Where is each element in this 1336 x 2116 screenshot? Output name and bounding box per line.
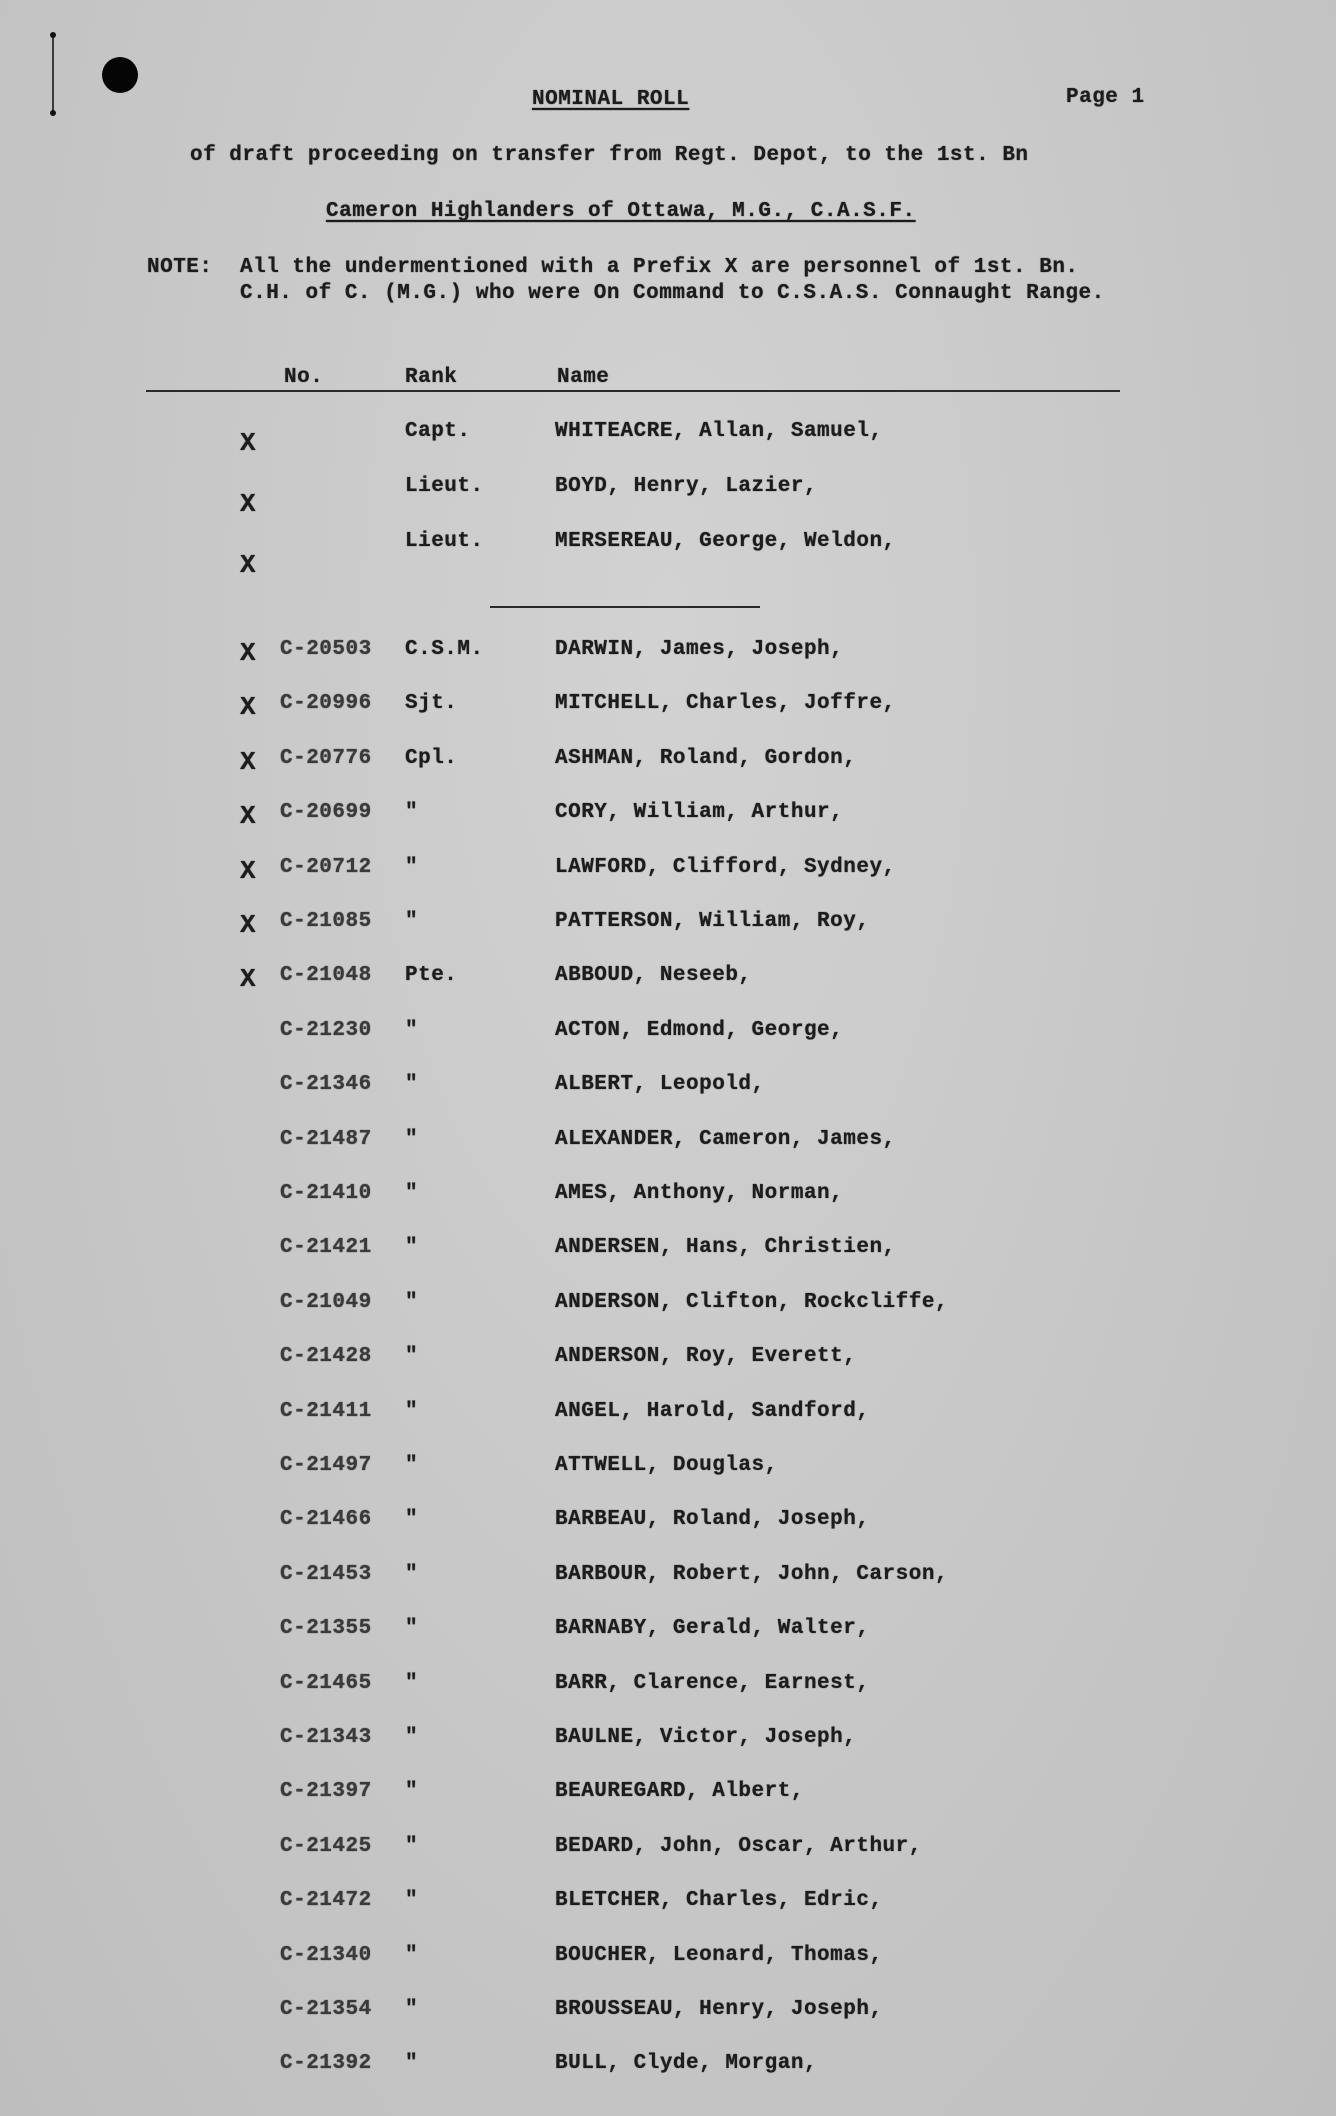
service-number: C-21340: [280, 1944, 372, 1967]
table-row: XC-21048Pte.ABBOUD, Neseeb,: [0, 964, 1336, 994]
service-number: C-21472: [280, 1889, 372, 1912]
service-number: C-21465: [280, 1672, 372, 1695]
table-row: C-21411"ANGEL, Harold, Sandford,: [0, 1400, 1336, 1430]
service-number: C-21421: [280, 1236, 372, 1259]
service-number: C-21354: [280, 1998, 372, 2021]
name: ALEXANDER, Cameron, James,: [555, 1128, 896, 1151]
service-number: C-21355: [280, 1617, 372, 1640]
name: LAWFORD, Clifford, Sydney,: [555, 856, 896, 879]
table-row: C-21049"ANDERSON, Clifton, Rockcliffe,: [0, 1291, 1336, 1321]
service-number: C-21428: [280, 1345, 372, 1368]
table-row: XLieut.MERSEREAU, George, Weldon,: [0, 530, 1336, 560]
table-row: C-21497"ATTWELL, Douglas,: [0, 1454, 1336, 1484]
service-number: C-21487: [280, 1128, 372, 1151]
column-header-name: Name: [557, 366, 609, 389]
table-row: C-21428"ANDERSON, Roy, Everett,: [0, 1345, 1336, 1375]
nominal-roll-document: NOMINAL ROLL Page 1 of draft proceeding …: [0, 0, 1336, 2116]
rank: Capt.: [405, 420, 471, 443]
service-number: C-21085: [280, 910, 372, 933]
name: BULL, Clyde, Morgan,: [555, 2052, 817, 2075]
service-number: C-21425: [280, 1835, 372, 1858]
prefix-x-mark: X: [240, 638, 256, 668]
name: ASHMAN, Roland, Gordon,: [555, 747, 856, 770]
name: ALBERT, Leopold,: [555, 1073, 765, 1096]
name: CORY, William, Arthur,: [555, 801, 843, 824]
rank: ": [405, 1182, 418, 1205]
service-number: C-21397: [280, 1780, 372, 1803]
prefix-x-mark: X: [240, 692, 256, 722]
name: BLETCHER, Charles, Edric,: [555, 1889, 883, 1912]
rank: ": [405, 1345, 418, 1368]
table-row: C-21392"BULL, Clyde, Morgan,: [0, 2052, 1336, 2082]
service-number: C-21410: [280, 1182, 372, 1205]
service-number: C-21049: [280, 1291, 372, 1314]
rank: ": [405, 1889, 418, 1912]
table-row: C-21346"ALBERT, Leopold,: [0, 1073, 1336, 1103]
rank: ": [405, 1454, 418, 1477]
rank: ": [405, 1835, 418, 1858]
table-row: C-21343"BAULNE, Victor, Joseph,: [0, 1726, 1336, 1756]
table-row: C-21355"BARNABY, Gerald, Walter,: [0, 1617, 1336, 1647]
name: MERSEREAU, George, Weldon,: [555, 530, 896, 553]
name: BEDARD, John, Oscar, Arthur,: [555, 1835, 922, 1858]
name: PATTERSON, William, Roy,: [555, 910, 869, 933]
service-number: C-21466: [280, 1508, 372, 1531]
note-line-1: All the undermentioned with a Prefix X a…: [240, 256, 1079, 279]
unit-name: Cameron Highlanders of Ottawa, M.G., C.A…: [326, 200, 916, 223]
name: DARWIN, James, Joseph,: [555, 638, 843, 661]
rank: Sjt.: [405, 692, 457, 715]
table-row: C-21397"BEAUREGARD, Albert,: [0, 1780, 1336, 1810]
rank: Cpl.: [405, 747, 457, 770]
margin-mark: [52, 34, 54, 114]
name: ANDERSON, Clifton, Rockcliffe,: [555, 1291, 948, 1314]
name: ANGEL, Harold, Sandford,: [555, 1400, 869, 1423]
name: BAULNE, Victor, Joseph,: [555, 1726, 856, 1749]
name: BEAUREGARD, Albert,: [555, 1780, 804, 1803]
name: MITCHELL, Charles, Joffre,: [555, 692, 896, 715]
rank: ": [405, 856, 418, 879]
prefix-x-mark: X: [240, 964, 256, 994]
rank: ": [405, 1073, 418, 1096]
service-number: C-21343: [280, 1726, 372, 1749]
table-row: C-21466"BARBEAU, Roland, Joseph,: [0, 1508, 1336, 1538]
service-number: C-20503: [280, 638, 372, 661]
prefix-x-mark: X: [240, 856, 256, 886]
table-row: C-21472"BLETCHER, Charles, Edric,: [0, 1889, 1336, 1919]
name: ANDERSON, Roy, Everett,: [555, 1345, 856, 1368]
table-row: C-21354"BROUSSEAU, Henry, Joseph,: [0, 1998, 1336, 2028]
rank: Lieut.: [405, 530, 484, 553]
note-label: NOTE:: [147, 256, 213, 279]
name: BOUCHER, Leonard, Thomas,: [555, 1944, 883, 1967]
table-row: C-21421"ANDERSEN, Hans, Christien,: [0, 1236, 1336, 1266]
prefix-x-mark: X: [240, 428, 256, 458]
column-header-rank: Rank: [405, 366, 457, 389]
rank: ": [405, 1563, 418, 1586]
table-row: XC-20776Cpl.ASHMAN, Roland, Gordon,: [0, 747, 1336, 777]
rank: Lieut.: [405, 475, 484, 498]
rank: ": [405, 1726, 418, 1749]
table-row: XC-20503C.S.M.DARWIN, James, Joseph,: [0, 638, 1336, 668]
rank: ": [405, 1400, 418, 1423]
rank: ": [405, 1944, 418, 1967]
table-row: XC-21085"PATTERSON, William, Roy,: [0, 910, 1336, 940]
name: BROUSSEAU, Henry, Joseph,: [555, 1998, 883, 2021]
rank: ": [405, 1019, 418, 1042]
prefix-x-mark: X: [240, 747, 256, 777]
service-number: C-20712: [280, 856, 372, 879]
table-row: XC-20699"CORY, William, Arthur,: [0, 801, 1336, 831]
page-number: Page 1: [1066, 86, 1145, 109]
name: ANDERSEN, Hans, Christien,: [555, 1236, 896, 1259]
rank: ": [405, 1998, 418, 2021]
table-row: XC-20996Sjt.MITCHELL, Charles, Joffre,: [0, 692, 1336, 722]
rank: ": [405, 1617, 418, 1640]
name: BARNABY, Gerald, Walter,: [555, 1617, 869, 1640]
document-title: NOMINAL ROLL: [532, 88, 689, 111]
name: AMES, Anthony, Norman,: [555, 1182, 843, 1205]
prefix-x-mark: X: [240, 910, 256, 940]
name: BARR, Clarence, Earnest,: [555, 1672, 869, 1695]
prefix-x-mark: X: [240, 550, 256, 580]
service-number: C-20996: [280, 692, 372, 715]
rank: ": [405, 1291, 418, 1314]
rank: Pte.: [405, 964, 457, 987]
prefix-x-mark: X: [240, 489, 256, 519]
name: BARBEAU, Roland, Joseph,: [555, 1508, 869, 1531]
rank: ": [405, 1508, 418, 1531]
rank: ": [405, 1236, 418, 1259]
table-row: XCapt.WHITEACRE, Allan, Samuel,: [0, 420, 1336, 450]
table-row: C-21340"BOUCHER, Leonard, Thomas,: [0, 1944, 1336, 1974]
service-number: C-21048: [280, 964, 372, 987]
service-number: C-21453: [280, 1563, 372, 1586]
table-row: C-21453"BARBOUR, Robert, John, Carson,: [0, 1563, 1336, 1593]
rank: ": [405, 910, 418, 933]
table-row: C-21425"BEDARD, John, Oscar, Arthur,: [0, 1835, 1336, 1865]
table-row: C-21230"ACTON, Edmond, George,: [0, 1019, 1336, 1049]
rank: ": [405, 1780, 418, 1803]
name: ACTON, Edmond, George,: [555, 1019, 843, 1042]
rank: ": [405, 1128, 418, 1151]
subtitle: of draft proceeding on transfer from Reg…: [190, 144, 1029, 167]
punch-hole: [102, 57, 138, 93]
service-number: C-20776: [280, 747, 372, 770]
header-rule: [146, 390, 1120, 392]
service-number: C-21392: [280, 2052, 372, 2075]
column-header-no: No.: [284, 366, 323, 389]
table-row: C-21465"BARR, Clarence, Earnest,: [0, 1672, 1336, 1702]
rank: ": [405, 2052, 418, 2075]
name: BOYD, Henry, Lazier,: [555, 475, 817, 498]
section-divider: [490, 606, 760, 608]
name: WHITEACRE, Allan, Samuel,: [555, 420, 883, 443]
rank: C.S.M.: [405, 638, 484, 661]
table-row: C-21410"AMES, Anthony, Norman,: [0, 1182, 1336, 1212]
service-number: C-21230: [280, 1019, 372, 1042]
service-number: C-20699: [280, 801, 372, 824]
prefix-x-mark: X: [240, 801, 256, 831]
rank: ": [405, 801, 418, 824]
rank: ": [405, 1672, 418, 1695]
service-number: C-21497: [280, 1454, 372, 1477]
table-row: XLieut.BOYD, Henry, Lazier,: [0, 475, 1336, 505]
name: BARBOUR, Robert, John, Carson,: [555, 1563, 948, 1586]
table-row: XC-20712"LAWFORD, Clifford, Sydney,: [0, 856, 1336, 886]
table-row: C-21487"ALEXANDER, Cameron, James,: [0, 1128, 1336, 1158]
name: ABBOUD, Neseeb,: [555, 964, 752, 987]
note-line-2: C.H. of C. (M.G.) who were On Command to…: [240, 282, 1105, 305]
service-number: C-21411: [280, 1400, 372, 1423]
name: ATTWELL, Douglas,: [555, 1454, 778, 1477]
service-number: C-21346: [280, 1073, 372, 1096]
